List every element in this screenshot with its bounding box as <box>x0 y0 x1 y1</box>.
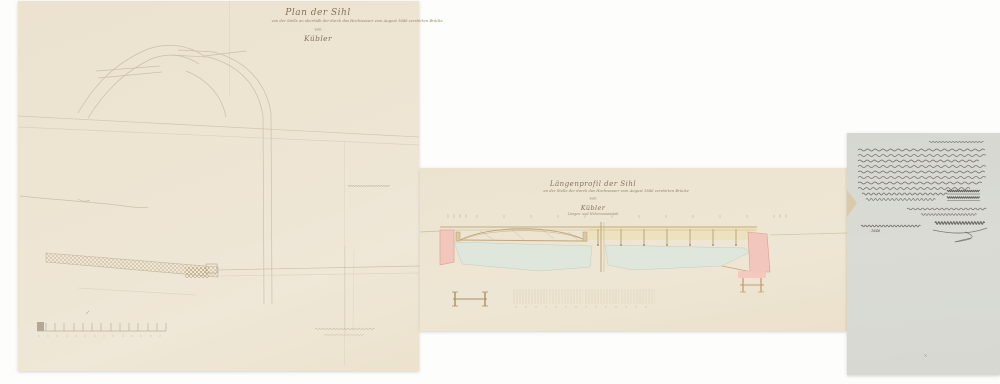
map-title-block: Plan der Sihl von der Stelle an oberhalb… <box>243 8 393 44</box>
river-and-roads <box>18 45 419 333</box>
archival-scan: Plan der Sihl von der Stelle an oberhalb… <box>0 0 1000 384</box>
letter-handwriting <box>847 133 1000 375</box>
deck-plan-detail <box>513 289 655 307</box>
map-title: Plan der Sihl <box>243 8 393 19</box>
scale-bar <box>37 311 166 336</box>
map-byline: von <box>269 27 368 32</box>
profile-sheet: Längenprofil der Sihl an der Stelle der … <box>420 168 847 331</box>
fold-crease <box>229 1 230 97</box>
letter-text-lines <box>858 141 987 357</box>
reference-numbers <box>947 190 980 200</box>
deck-cross-section-detail <box>452 292 488 306</box>
profile-author: Kübler <box>513 204 673 212</box>
pier-cross-section-detail <box>738 271 766 292</box>
profile-title: Längenprofil der Sihl <box>513 180 673 189</box>
weir-hatched-band <box>46 253 218 278</box>
profile-title-block: Längenprofil der Sihl an der Stelle der … <box>513 180 673 219</box>
map-author: Kübler <box>243 34 393 43</box>
profile-subtitle: an der Stelle der durch das Hochwasser v… <box>543 189 642 194</box>
signature <box>933 222 987 242</box>
paper-fold <box>847 190 857 217</box>
map-sheet: Plan der Sihl von der Stelle an oberhalb… <box>18 1 419 371</box>
letter-year: 1846 <box>871 229 880 233</box>
right-abutment <box>748 232 770 272</box>
map-annotations <box>315 185 390 335</box>
fold-crease <box>344 141 345 366</box>
map-subtitle: von der Stelle an oberhalb der durch das… <box>272 19 365 24</box>
profile-byline: von <box>540 196 646 201</box>
profile-scale-note: Längen- und Höhenmaassstab <box>549 212 637 216</box>
letter-dateline <box>861 225 920 227</box>
crease-mark <box>924 354 927 357</box>
left-abutment <box>440 230 454 265</box>
map-linework <box>18 1 419 371</box>
letter-sheet: 1846 <box>847 133 1000 375</box>
water-profile <box>454 242 750 271</box>
